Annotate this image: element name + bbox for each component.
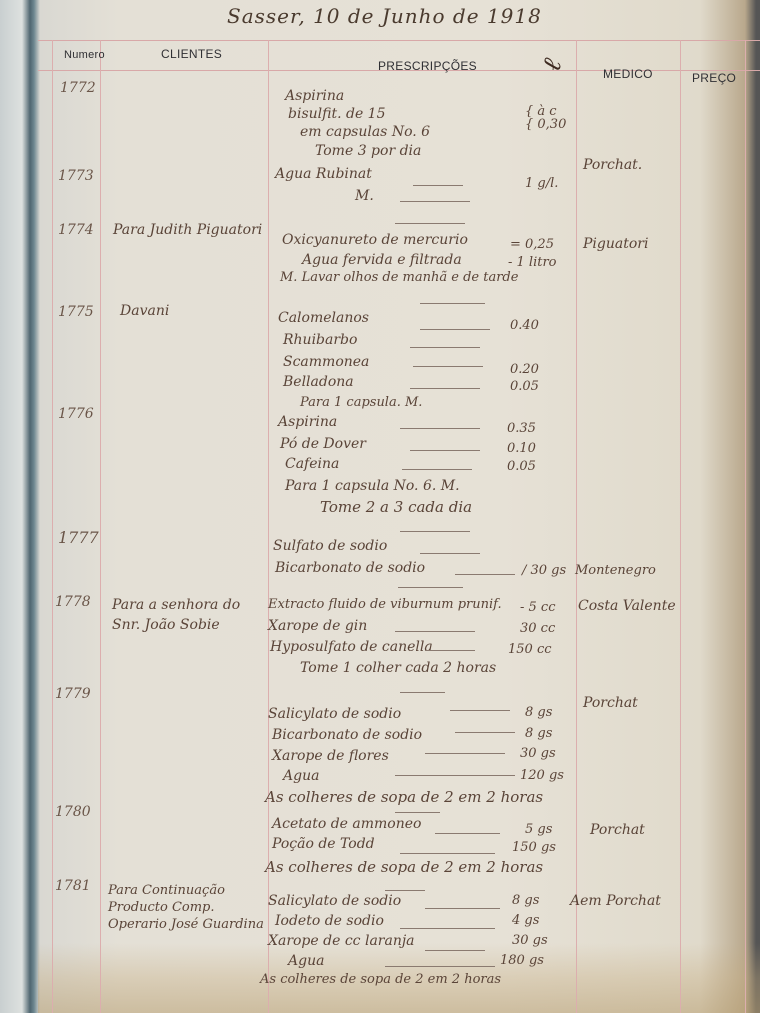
amount: 30 gs: [512, 933, 548, 948]
entry-number: 1779: [55, 686, 91, 702]
prescription-line: M.: [355, 188, 374, 204]
prescription-line: Hyposulfato de canella: [270, 639, 433, 655]
amount: 0.05: [507, 459, 536, 474]
dash-rule: [400, 853, 495, 854]
entry-number: 1776: [58, 406, 94, 422]
prescription-line: As colheres de sopa de 2 em 2 horas: [265, 788, 543, 806]
prescription-line: Sulfato de sodio: [273, 538, 387, 554]
entry-number: 1781: [55, 878, 91, 894]
col-line-preco: [745, 40, 746, 1013]
prescription-line: Oxicyanureto de mercurio: [282, 232, 468, 248]
dash-rule: [420, 329, 490, 330]
dash-rule: [402, 469, 472, 470]
col-line-numero: [100, 40, 101, 1013]
col-line-margin: [52, 40, 53, 1013]
entry-separator: [400, 692, 445, 693]
dash-rule: [413, 366, 483, 367]
prescription-line: Xarope de cc laranja: [268, 933, 415, 949]
dash-rule: [410, 450, 480, 451]
entry-separator: [385, 890, 425, 891]
prescription-line: Rhuibarbo: [283, 332, 357, 348]
prescription-line: Agua: [283, 768, 319, 784]
amount: 0.35: [507, 421, 536, 436]
amount: 8 gs: [512, 893, 539, 908]
dash-rule: [455, 732, 515, 733]
amount: 0.10: [507, 441, 536, 456]
entry-separator: [395, 812, 440, 813]
amount: 120 gs: [520, 768, 564, 783]
amount: 1 g/l.: [525, 176, 558, 191]
header-medico: MEDICO: [603, 67, 653, 81]
dash-rule: [395, 631, 475, 632]
prescription-line: Salicylato de sodio: [268, 706, 401, 722]
dash-rule: [425, 753, 505, 754]
dash-rule: [425, 908, 500, 909]
prescription-line: Bicarbonato de sodio: [272, 727, 422, 743]
amount: - 5 cc: [520, 600, 556, 615]
prescription-line: Salicylato de sodio: [268, 893, 401, 909]
prescription-line: Para 1 capsula No. 6. M.: [285, 478, 460, 494]
amount: 30 cc: [520, 621, 555, 636]
prescription-line: Tome 3 por dia: [315, 143, 421, 159]
entry-number: 1775: [58, 304, 94, 320]
entry-separator: [400, 201, 470, 202]
header-top-rule: [38, 40, 760, 41]
prescription-line: Acetato de ammoneo: [272, 816, 421, 832]
col-line-prescripcoes: [576, 40, 577, 1013]
cliente-name: Para a senhora do Snr. João Sobie: [112, 595, 267, 635]
prescription-line: Aspirina: [285, 88, 344, 104]
medico-name: Porchat: [583, 695, 638, 711]
amount: 5 gs: [525, 822, 552, 837]
entry-number: 1777: [58, 528, 99, 547]
amount: { 0,30: [525, 117, 566, 132]
entry-number: 1780: [55, 804, 91, 820]
prescription-line: Tome 2 a 3 cada dia: [320, 498, 472, 516]
prescription-line: Aspirina: [278, 414, 337, 430]
prescription-line: Xarope de gin: [268, 618, 367, 634]
entry-separator: [400, 531, 470, 532]
dash-rule: [435, 833, 500, 834]
dash-rule: [413, 185, 463, 186]
medico-name: Piguatori: [583, 236, 648, 252]
cliente-name: Para Judith Piguatori: [113, 222, 262, 238]
prescription-line: Iodeto de sodio: [275, 913, 384, 929]
dash-rule: [410, 347, 480, 348]
entry-number: 1774: [58, 222, 94, 238]
prescription-line: Extracto fluido de viburnum prunif.: [268, 597, 502, 612]
prescription-line: Agua: [288, 953, 324, 969]
cliente-name: Davani: [120, 303, 169, 319]
prescription-line: Cafeina: [285, 456, 339, 472]
col-line-medico: [680, 40, 681, 1013]
prescription-line: Poção de Todd: [272, 836, 375, 852]
dash-rule: [385, 966, 495, 967]
amount: 8 gs: [525, 705, 552, 720]
dash-rule: [400, 928, 495, 929]
ledger-page-scan: Sasser, 10 de Junho de 1918 ℓ Numero CLI…: [0, 0, 760, 1013]
date-line: Sasser, 10 de Junho de 1918: [227, 4, 542, 28]
medico-name: Porchat: [590, 822, 645, 838]
prescription-line: Xarope de flores: [272, 748, 389, 764]
prescription-line: Bicarbonato de sodio: [275, 560, 425, 576]
dash-rule: [400, 428, 480, 429]
entry-separator: [398, 587, 463, 588]
amount: 30 gs: [520, 746, 556, 761]
amount: 150 gs: [512, 840, 556, 855]
entry-separator: [395, 223, 465, 224]
prescription-line: M. Lavar olhos de manhã e de tarde: [280, 270, 518, 285]
prescription-line: Belladona: [283, 374, 354, 390]
amount: 8 gs: [525, 726, 552, 741]
prescription-line: Agua Rubinat: [275, 166, 372, 182]
entry-number: 1778: [55, 594, 91, 610]
prescription-line: Scammonea: [283, 354, 369, 370]
medico-name: Montenegro: [575, 563, 656, 578]
prescription-line: em capsulas No. 6: [300, 124, 430, 140]
header-numero: Numero: [64, 49, 105, 61]
cliente-name: Para Continuação Producto Comp. Operario…: [108, 882, 268, 933]
prescription-line: Tome 1 colher cada 2 horas: [300, 660, 496, 676]
entry-number: 1773: [58, 168, 94, 184]
amount: 0.20: [510, 362, 539, 377]
amount: 180 gs: [500, 953, 544, 968]
dash-rule: [455, 574, 515, 575]
amount: 150 cc: [508, 642, 552, 657]
medico-name: Costa Valente: [578, 598, 676, 614]
header-preco: PREÇO: [692, 71, 736, 85]
entry-separator: [420, 303, 485, 304]
prescription-line: Pó de Dover: [280, 436, 366, 452]
medico-name: Porchat.: [583, 157, 642, 173]
dash-rule: [395, 775, 515, 776]
medico-name: Aem Porchat: [570, 893, 661, 909]
amount: 0.40: [510, 318, 539, 333]
amount: - 1 litro: [508, 255, 557, 270]
amount: / 30 gs: [522, 563, 566, 578]
dash-rule: [450, 710, 510, 711]
dash-rule: [420, 553, 480, 554]
dash-rule: [425, 650, 475, 651]
prescription-line: bisulfit. de 15: [288, 106, 386, 122]
dash-rule: [425, 950, 485, 951]
prescription-line: Para 1 capsula. M.: [300, 395, 422, 410]
prescription-line: As colheres de sopa de 2 em 2 horas: [265, 858, 543, 876]
prescription-line: Calomelanos: [278, 310, 369, 326]
entry-number: 1772: [60, 80, 96, 96]
amount: 4 gs: [512, 913, 539, 928]
header-clientes: CLIENTES: [161, 47, 222, 61]
amount: 0.05: [510, 379, 539, 394]
header-prescripcoes: PRESCRIPÇÕES: [378, 59, 477, 73]
amount: = 0,25: [510, 237, 554, 252]
prescription-line: Agua fervida e filtrada: [302, 252, 462, 268]
prescription-line: As colheres de sopa de 2 em 2 horas: [260, 972, 501, 987]
dash-rule: [410, 388, 480, 389]
